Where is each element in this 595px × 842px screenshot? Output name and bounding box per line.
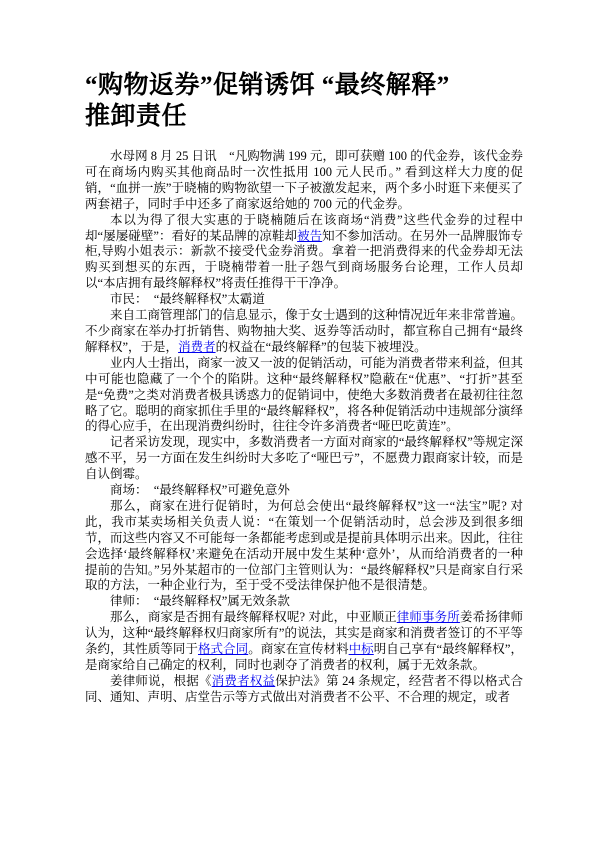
text-link[interactable]: 消费者权益 [212,674,276,688]
text-run: 。商家在宣传材料 [248,642,348,656]
paragraph: 本以为得了很大实惠的于晓楠随后在该商场“消费”这些代金券的过程中却“屡屡碰壁”：… [85,213,523,293]
text-run: 市民： “最终解释权”太霸道 [110,292,265,306]
text-run: 律师： “最终解释权”属无效条款 [110,594,290,608]
paragraph: 那么，商家在进行促销时，为何总会使出“最终解释权”这一“法宝”呢? 对此，我市某… [85,499,523,594]
document-page: “购物返券”促销诱饵 “最终解释” 推卸责任 水母网 8 月 25 日讯 “凡购… [0,0,595,842]
text-link[interactable]: 消费者 [178,340,216,354]
text-run: 的权益在“最终解释”的包装下被埋没。 [216,340,427,354]
text-run: 商场： “最终解释权”可避免意外 [110,483,290,497]
text-run: 姜律师说，根据《 [110,674,212,688]
paragraph: 记者采访发现，现实中，多数消费者一方面对商家的“最终解释权”等规定深感不平，另一… [85,435,523,483]
paragraph: 那么，商家是否拥有最终解释权呢? 对此，中亚顺正律师事务所姜希扬律师认为，这种“… [85,610,523,674]
text-run: 记者采访发现，现实中，多数消费者一方面对商家的“最终解释权”等规定深感不平，另一… [85,435,523,481]
paragraph: 业内人士指出，商家一波又一波的促销活动，可能为消费者带来利益，但其中可能也隐藏了… [85,356,523,436]
subheading: 商场： “最终解释权”可避免意外 [85,483,523,499]
paragraph: 来自工商管理部门的信息显示，像于女士遇到的这种情况近年来非常普遍。不少商家在举办… [85,308,523,356]
text-link[interactable]: 格式合同 [198,642,248,656]
subheading: 市民： “最终解释权”太霸道 [85,292,523,308]
article: “购物返券”促销诱饵 “最终解释” 推卸责任 水母网 8 月 25 日讯 “凡购… [85,70,523,706]
text-run: 水母网 8 月 25 日讯 “凡购物满 199 元，即可获赠 100 的代金券，… [85,149,523,211]
paragraph: 姜律师说，根据《消费者权益保护法》第 24 条规定，经营者不得以格式合同、通知、… [85,674,523,706]
article-body: 水母网 8 月 25 日讯 “凡购物满 199 元，即可获赠 100 的代金券，… [85,149,523,706]
text-link[interactable]: 被告 [297,229,322,243]
text-run: 那么，商家在进行促销时，为何总会使出“最终解释权”这一“法宝”呢? 对此，我市某… [85,499,523,593]
text-link[interactable]: 中标 [349,642,374,656]
text-run: 那么，商家是否拥有最终解释权呢? 对此，中亚顺正 [110,610,397,624]
subheading: 律师： “最终解释权”属无效条款 [85,594,523,610]
text-link[interactable]: 律师事务所 [397,610,460,624]
text-run: 业内人士指出，商家一波又一波的促销活动，可能为消费者带来利益，但其中可能也隐藏了… [85,356,523,434]
page-title: “购物返券”促销诱饵 “最终解释” 推卸责任 [85,70,523,132]
paragraph: 水母网 8 月 25 日讯 “凡购物满 199 元，即可获赠 100 的代金券，… [85,149,523,213]
